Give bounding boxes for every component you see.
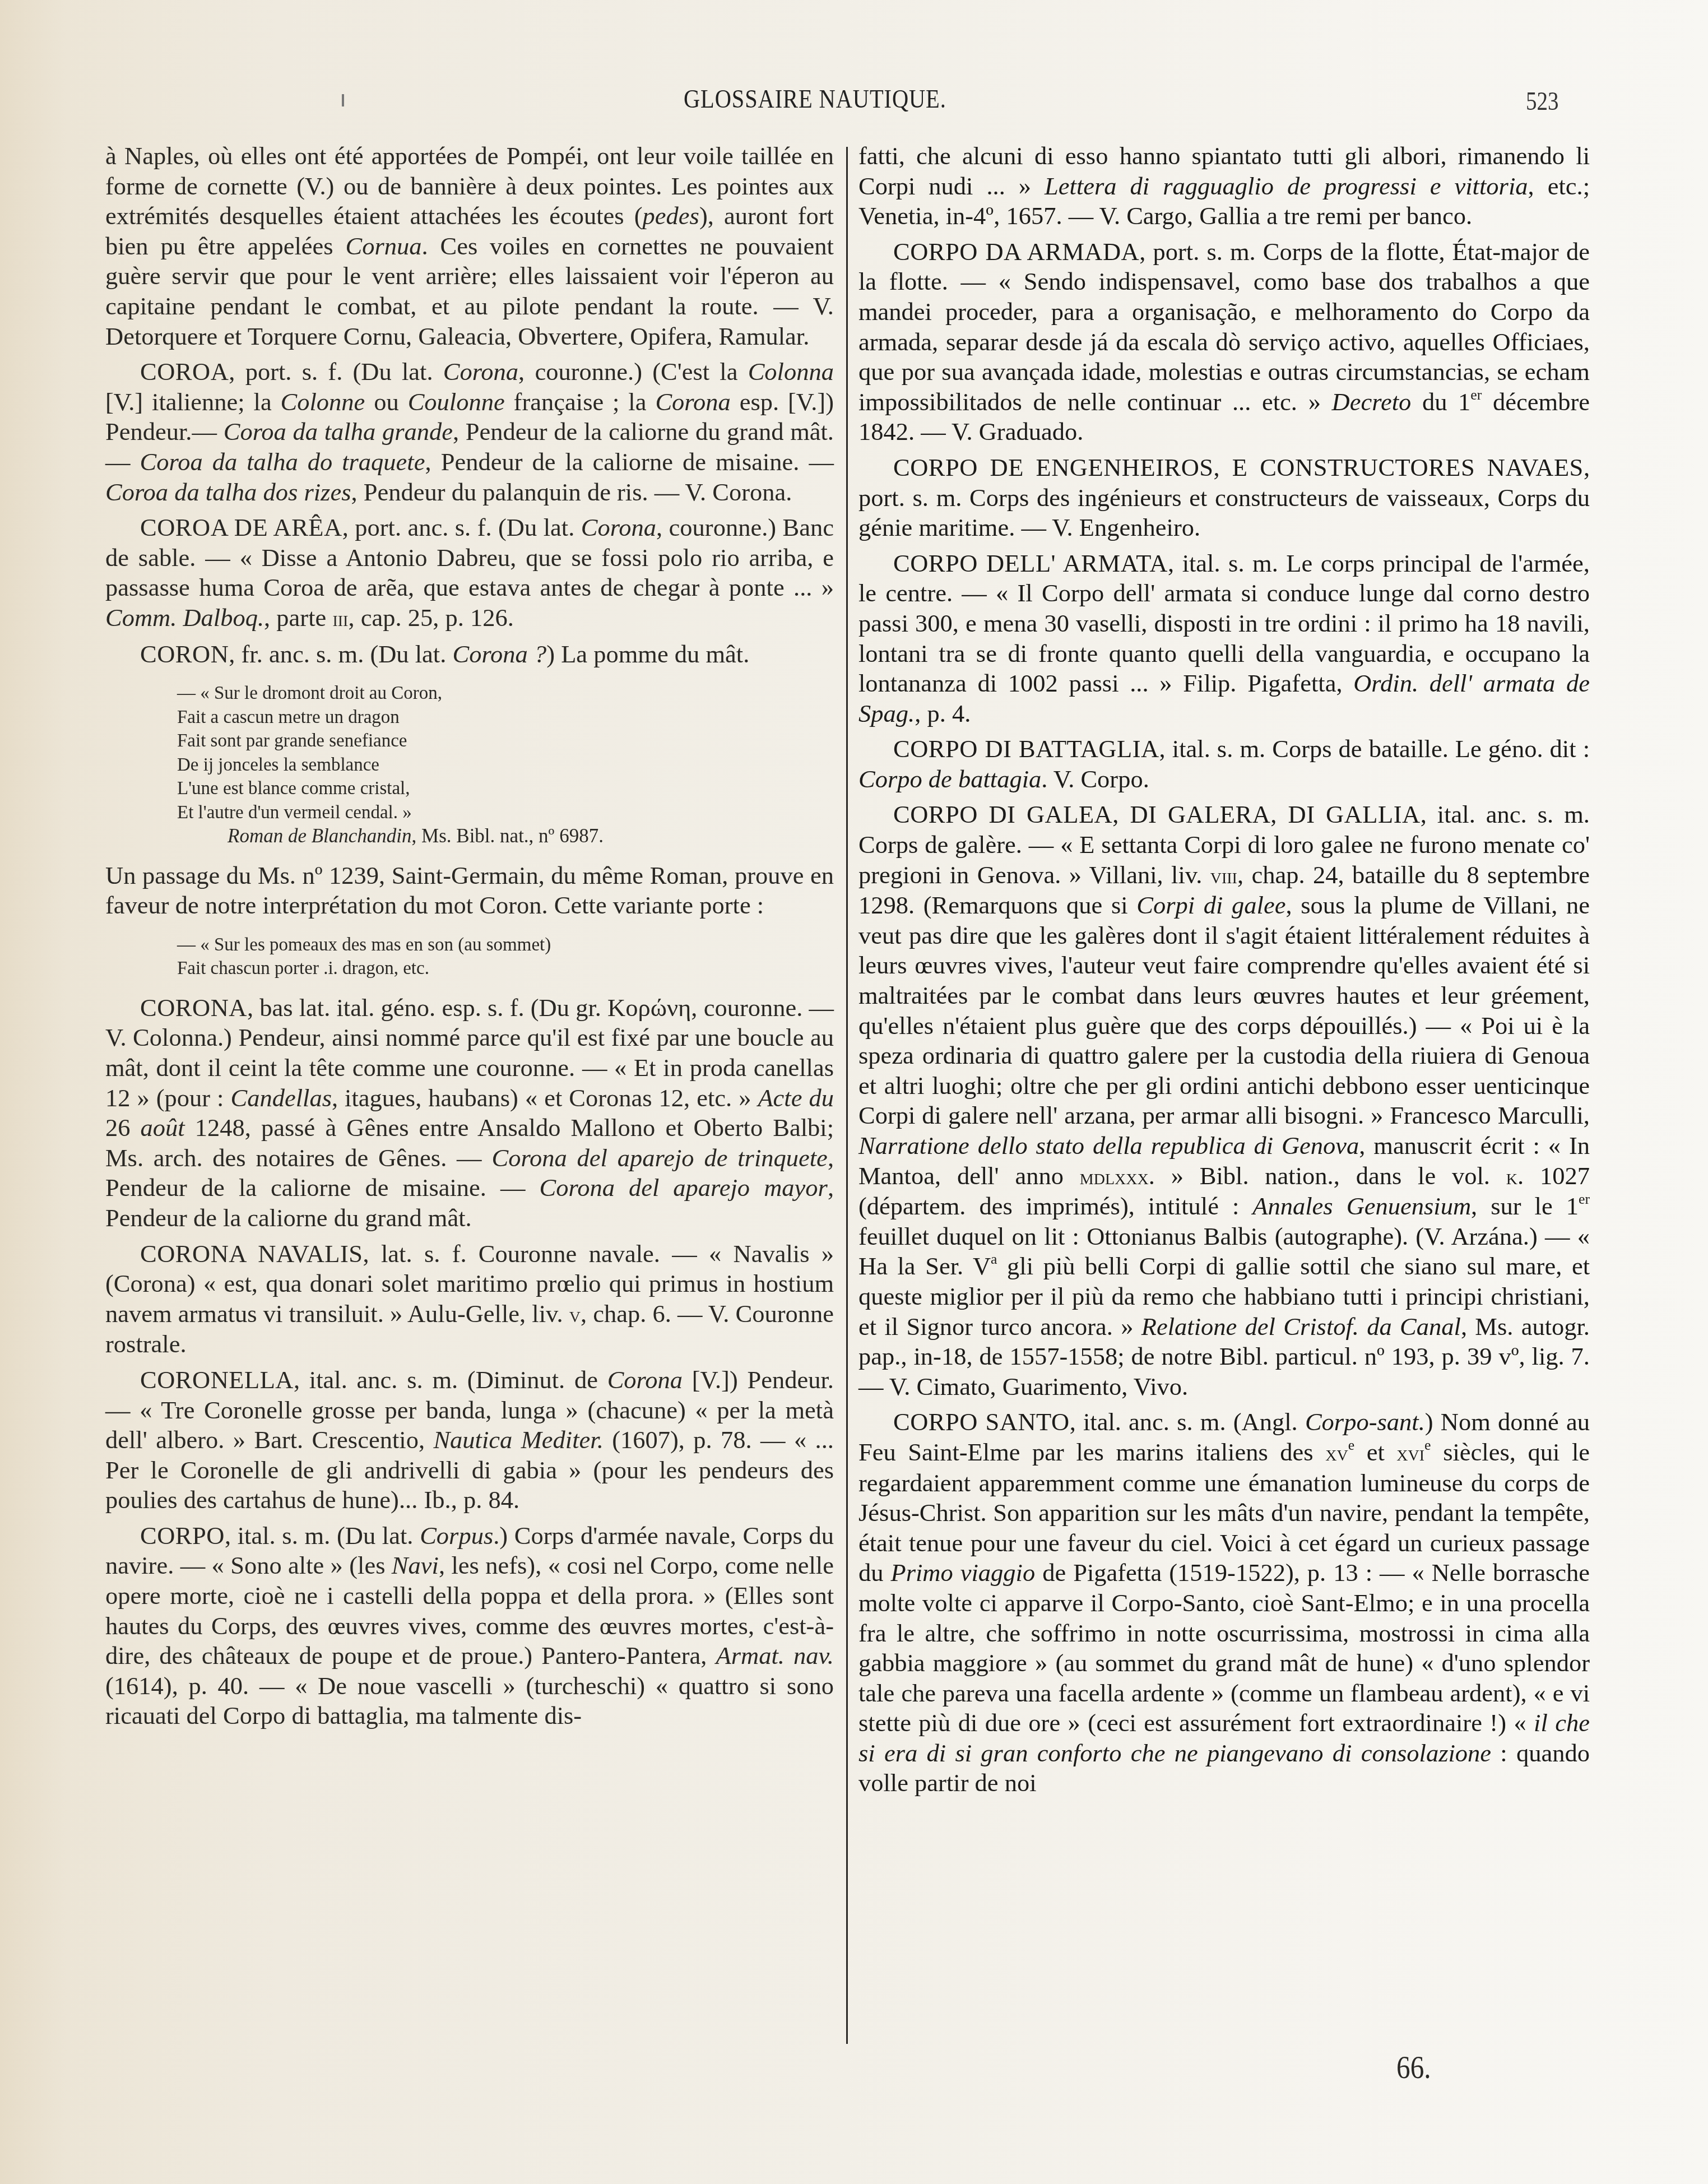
entry-paragraph: CORPO, ital. s. m. (Du lat. Corpus.) Cor… xyxy=(105,1521,834,1731)
headword: CORONELLA xyxy=(140,1366,294,1394)
print-speck xyxy=(342,94,344,106)
italic-run: Coroa da talha do traquete xyxy=(140,448,425,476)
headword: CORPO DELL' ARMATA xyxy=(893,549,1168,577)
text-run: française ; la xyxy=(505,388,656,416)
entry-paragraph: CORONA, bas lat. ital. géno. esp. s. f. … xyxy=(105,993,834,1234)
italic-run: Corpi di galee xyxy=(1136,891,1285,919)
verse-line: — « Sur le dromont droit au Coron, xyxy=(177,681,834,706)
italic-run: Candellas xyxy=(230,1084,331,1112)
entry-paragraph: CORPO SANTO, ital. anc. s. m. (Angl. Cor… xyxy=(858,1407,1590,1798)
italic-run: Coulonne xyxy=(408,388,505,416)
superscript-run: er xyxy=(1579,1191,1590,1207)
entry-paragraph: CORPO DE ENGENHEIROS, E CONSTRUCTORES NA… xyxy=(858,453,1590,543)
glossary-entry: CORPO, ital. s. m. (Du lat. Corpus.) Cor… xyxy=(105,1521,834,1731)
small-caps-run: k xyxy=(1506,1164,1517,1189)
small-caps-run: viii xyxy=(1210,863,1237,888)
page-number: 523 xyxy=(1526,86,1559,116)
italic-run: Corona xyxy=(607,1366,683,1394)
text-run: , ital. anc. s. m. (Diminut. de xyxy=(294,1366,607,1394)
italic-run: Corona del aparejo mayor xyxy=(540,1174,828,1202)
headword: COROA xyxy=(140,358,229,386)
glossary-entry: COROA, port. s. f. (Du lat. Corona, cour… xyxy=(105,357,834,507)
entry-paragraph: à Naples, où elles ont été apportées de … xyxy=(105,141,834,351)
verse-line: — « Sur les pomeaux des mas en son (au s… xyxy=(177,933,834,957)
entry-paragraph: COROA, port. s. f. (Du lat. Corona, cour… xyxy=(105,357,834,507)
italic-run: Navi xyxy=(392,1551,439,1579)
italic-run: Annales Genuensium xyxy=(1252,1192,1471,1220)
glossary-entry: CORPO DI BATTAGLIA, ital. s. m. Corps de… xyxy=(858,734,1590,794)
headword: CORPO DI GALEA, DI GALERA, DI GALLIA xyxy=(893,800,1421,828)
verse-line: Fait chascun porter .i. dragon, etc. xyxy=(177,957,834,981)
text-run: , ital. s. m. Corps de bataille. Le géno… xyxy=(1159,735,1590,763)
italic-run: août xyxy=(141,1114,185,1142)
superscript-run: e xyxy=(1424,1437,1431,1453)
italic-run: Corpo-sant. xyxy=(1305,1408,1425,1436)
text-run: , Ms. Bibl. nat., nº 6987. xyxy=(412,825,604,847)
superscript-run: a xyxy=(991,1251,997,1267)
verse-quotation: — « Sur le dromont droit au Coron,Fait a… xyxy=(177,681,834,848)
entry-paragraph: CORPO DI GALEA, DI GALERA, DI GALLIA, it… xyxy=(858,800,1590,1402)
italic-run: Primo viaggio xyxy=(890,1559,1035,1587)
verse-quotation: — « Sur les pomeaux des mas en son (au s… xyxy=(177,933,834,981)
glossary-entry: CORPO DE ENGENHEIROS, E CONSTRUCTORES NA… xyxy=(858,453,1590,543)
italic-run: Corona xyxy=(443,358,518,386)
text-run: , ital. s. m. (Du lat. xyxy=(225,1522,420,1550)
italic-run: Corona ? xyxy=(452,640,546,668)
text-run: , sous la plume de Villani, ne veut pas … xyxy=(858,891,1590,1129)
text-run: , parte xyxy=(264,604,332,632)
entry-paragraph: CORPO DI BATTAGLIA, ital. s. m. Corps de… xyxy=(858,734,1590,794)
text-run: et xyxy=(1354,1438,1396,1466)
text-run: du 1 xyxy=(1411,388,1470,416)
entry-paragraph: Un passage du Ms. nº 1239, Saint-Germain… xyxy=(105,861,834,921)
entry-paragraph: CORONA NAVALIS, lat. s. f. Couronne nava… xyxy=(105,1239,834,1360)
small-caps-run: v xyxy=(569,1302,581,1327)
glossary-entry: CORON, fr. anc. s. m. (Du lat. Corona ?)… xyxy=(105,639,834,981)
glossary-entry: COROA DE ARÊA, port. anc. s. f. (Du lat.… xyxy=(105,513,834,633)
headword: CORPO xyxy=(140,1522,225,1550)
glossary-entry: CORONELLA, ital. anc. s. m. (Diminut. de… xyxy=(105,1365,834,1515)
continued-entry: à Naples, où elles ont été apportées de … xyxy=(105,141,834,351)
verse-line: L'une est blance comme cristal, xyxy=(177,777,834,801)
entry-paragraph: fatti, che alcuni di esso hanno spiantat… xyxy=(858,141,1590,231)
text-run: , Pendeur de la caliorne de misaine. — xyxy=(425,448,834,476)
italic-run: Corona del aparejo de trinquete xyxy=(491,1144,827,1172)
italic-run: pedes xyxy=(643,202,699,230)
superscript-run: er xyxy=(1470,386,1482,402)
verse-source: Roman de Blanchandin, Ms. Bibl. nat., nº… xyxy=(228,824,834,848)
italic-run: Corpus xyxy=(420,1522,493,1550)
italic-run: Colonne xyxy=(281,388,365,416)
column-divider xyxy=(846,147,848,2044)
italic-run: Nautica Mediter. xyxy=(433,1426,603,1454)
glossary-entry: CORPO SANTO, ital. anc. s. m. (Angl. Cor… xyxy=(858,1407,1590,1798)
text-run: [V.] italienne; la xyxy=(105,388,281,416)
italic-run: Corpo de battagia xyxy=(858,765,1041,793)
text-run: . V. Corpo. xyxy=(1041,765,1149,793)
verse-line: Fait a cascun metre un dragon xyxy=(177,706,834,730)
glossary-entry: CORONA NAVALIS, lat. s. f. Couronne nava… xyxy=(105,1239,834,1360)
headword: CORPO DA ARMADA xyxy=(893,238,1139,266)
text-run: Un passage du Ms. nº 1239, Saint-Germain… xyxy=(105,861,834,920)
text-run: ou xyxy=(365,388,407,416)
entry-paragraph: CORPO DA ARMADA, port. s. m. Corps de la… xyxy=(858,237,1590,447)
italic-run: Coroa da talha dos rizes xyxy=(105,478,351,506)
glossary-entry: CORPO DI GALEA, DI GALERA, DI GALLIA, it… xyxy=(858,800,1590,1402)
right-column: fatti, che alcuni di esso hanno spiantat… xyxy=(858,141,1590,1804)
superscript-run: e xyxy=(1348,1437,1354,1453)
text-run: , fr. anc. s. m. (Du lat. xyxy=(229,640,452,668)
small-caps-run: xvi xyxy=(1396,1440,1424,1466)
entry-paragraph: COROA DE ARÊA, port. anc. s. f. (Du lat.… xyxy=(105,513,834,633)
text-run: , cap. 25, p. 126. xyxy=(348,604,513,632)
text-run: (1614), p. 40. — « De noue vascelli » (t… xyxy=(105,1672,834,1730)
italic-run: Narratione dello stato della republica d… xyxy=(858,1132,1359,1160)
text-run: , Pendeur du palanquin de ris. — V. Coro… xyxy=(351,478,792,506)
headword: CORONA NAVALIS xyxy=(140,1240,363,1268)
text-run: , p. 4. xyxy=(915,699,971,727)
headword: CORPO SANTO xyxy=(893,1408,1070,1436)
glossary-entry: CORPO DELL' ARMATA, ital. s. m. Le corps… xyxy=(858,549,1590,729)
small-caps-run: xv xyxy=(1325,1440,1348,1466)
italic-run: Corona xyxy=(581,513,656,541)
headword: CORPO DE ENGENHEIROS, E CONSTRUCTORES NA… xyxy=(893,453,1584,481)
text-run: . » Bibl. nation., dans le vol. xyxy=(1149,1162,1506,1190)
italic-run: Lettera di ragguaglio de progressi e vit… xyxy=(1045,172,1528,200)
italic-run: Armat. nav. xyxy=(716,1642,834,1670)
entry-paragraph: CORPO DELL' ARMATA, ital. s. m. Le corps… xyxy=(858,549,1590,729)
italic-run: Coroa da talha grande xyxy=(224,418,453,446)
continued-entry: fatti, che alcuni di esso hanno spiantat… xyxy=(858,141,1590,231)
text-run: , sur le 1 xyxy=(1471,1192,1579,1220)
glossary-entry: CORONA, bas lat. ital. géno. esp. s. f. … xyxy=(105,993,834,1234)
text-run: , itagues, haubans) « et Coronas 12, etc… xyxy=(332,1084,758,1112)
signature-mark: 66. xyxy=(1396,2048,1431,2086)
running-head: GLOSSAIRE NAUTIQUE. 523 xyxy=(0,84,1708,118)
italic-run: Roman de Blanchandin xyxy=(228,825,412,847)
text-run: ) La pomme du mât. xyxy=(546,640,749,668)
running-title: GLOSSAIRE NAUTIQUE. xyxy=(684,84,946,114)
headword: CORON xyxy=(140,640,229,668)
entry-paragraph: CORONELLA, ital. anc. s. m. (Diminut. de… xyxy=(105,1365,834,1515)
headword: COROA DE ARÊA xyxy=(140,513,342,541)
italic-run: Comm. Dalboq. xyxy=(105,604,264,632)
verse-line: Fait sont par grande senefiance xyxy=(177,729,834,753)
italic-run: Decreto xyxy=(1332,388,1412,416)
book-page: GLOSSAIRE NAUTIQUE. 523 à Naples, où ell… xyxy=(0,0,1708,2184)
verse-line: Et l'autre d'un vermeil cendal. » xyxy=(177,801,834,825)
text-run: , port. anc. s. f. (Du lat. xyxy=(342,513,581,541)
headword: CORONA xyxy=(140,994,247,1022)
small-caps-run: iii xyxy=(332,606,348,631)
entry-paragraph: CORON, fr. anc. s. m. (Du lat. Corona ?)… xyxy=(105,639,834,670)
italic-run: Acte du xyxy=(758,1084,834,1112)
glossary-entry: CORPO DA ARMADA, port. s. m. Corps de la… xyxy=(858,237,1590,447)
italic-run: Corona xyxy=(655,388,730,416)
italic-run: Relatione del Cristof. da Canal xyxy=(1141,1313,1461,1341)
text-run: , ital. anc. s. m. (Angl. xyxy=(1070,1408,1305,1436)
small-caps-run: mdlxxx xyxy=(1080,1164,1149,1189)
headword: CORPO DI BATTAGLIA xyxy=(893,735,1159,763)
text-run: , port. s. f. (Du lat. xyxy=(229,358,443,386)
verse-line: De ij jonceles la semblance xyxy=(177,753,834,777)
text-run: , couronne.) (C'est la xyxy=(518,358,748,386)
text-run: 26 xyxy=(105,1114,141,1142)
italic-run: Cornua xyxy=(345,232,421,260)
left-column: à Naples, où elles ont été apportées de … xyxy=(105,141,834,1737)
italic-run: Colonna xyxy=(748,358,834,386)
